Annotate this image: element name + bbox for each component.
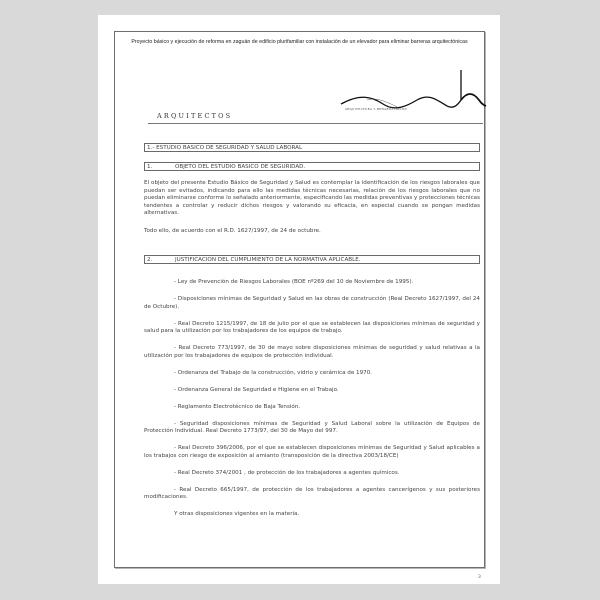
logo-tagline: ARQUITECTURA Y REHABILITACIÓN xyxy=(345,108,407,111)
header-divider xyxy=(148,123,483,124)
main-section-heading: 1.- ESTUDIO BASICO DE SEGURIDAD Y SALUD … xyxy=(144,143,480,152)
subsection-1-paragraph: El objeto del presente Estudio Básico de… xyxy=(144,180,480,218)
subsection-2-number: 2. xyxy=(147,256,175,265)
list-item: - Reglamento Electrotécnico de Baja Tens… xyxy=(144,404,480,412)
regulations-list: - Ley de Prevención de Riesgos Laborales… xyxy=(144,279,480,528)
subsection-1-title: OBJETO DEL ESTUDIO BASICO DE SEGURIDAD. xyxy=(175,164,305,170)
list-item: - Real Decreto 1215/1997, de 18 de julio… xyxy=(144,321,480,336)
list-item: - Ordenanza del Trabajo de la construcci… xyxy=(144,370,480,378)
list-item: - Ordenanza General de Seguridad e Higie… xyxy=(144,387,480,395)
subsection-2-heading: 2.JUSTIFICACION DEL CUMPLIMIENTO DE LA N… xyxy=(144,255,480,264)
list-item: - Real Decreto 665/1997, de protección d… xyxy=(144,487,480,502)
page-frame: Proyecto básico y ejecución de reforma e… xyxy=(114,31,485,568)
project-title: Proyecto básico y ejecución de reforma e… xyxy=(121,39,478,46)
list-item: - Real Decreto 396/2006, por el que se e… xyxy=(144,445,480,460)
subsection-1-heading: 1.OBJETO DEL ESTUDIO BASICO DE SEGURIDAD… xyxy=(144,162,480,171)
wave-signature-logo-icon xyxy=(337,66,487,114)
list-item: - Real Decreto 773/1997, de 30 de mayo s… xyxy=(144,345,480,360)
list-item: Y otras disposiciones vigentes en la mat… xyxy=(144,511,480,519)
subsection-1-closing: Todo ello, de acuerdo con el R.D. 1627/1… xyxy=(144,228,480,236)
subsection-1-number: 1. xyxy=(147,163,175,172)
subsection-2-title: JUSTIFICACION DEL CUMPLIMIENTO DE LA NOR… xyxy=(175,257,361,263)
list-item: - Real Decreto 374/2001 , de protección … xyxy=(144,470,480,478)
main-section-title: 1.- ESTUDIO BASICO DE SEGURIDAD Y SALUD … xyxy=(147,145,302,151)
list-item: - Seguridad disposiciones mínimas de Seg… xyxy=(144,421,480,436)
page-number: 3 xyxy=(478,575,481,580)
list-item: - Ley de Prevención de Riesgos Laborales… xyxy=(144,279,480,287)
document-page: Proyecto básico y ejecución de reforma e… xyxy=(98,15,500,584)
list-item: - Disposiciones mínimas de Seguridad y S… xyxy=(144,296,480,311)
firm-label: ARQUITECTOS xyxy=(157,112,232,120)
